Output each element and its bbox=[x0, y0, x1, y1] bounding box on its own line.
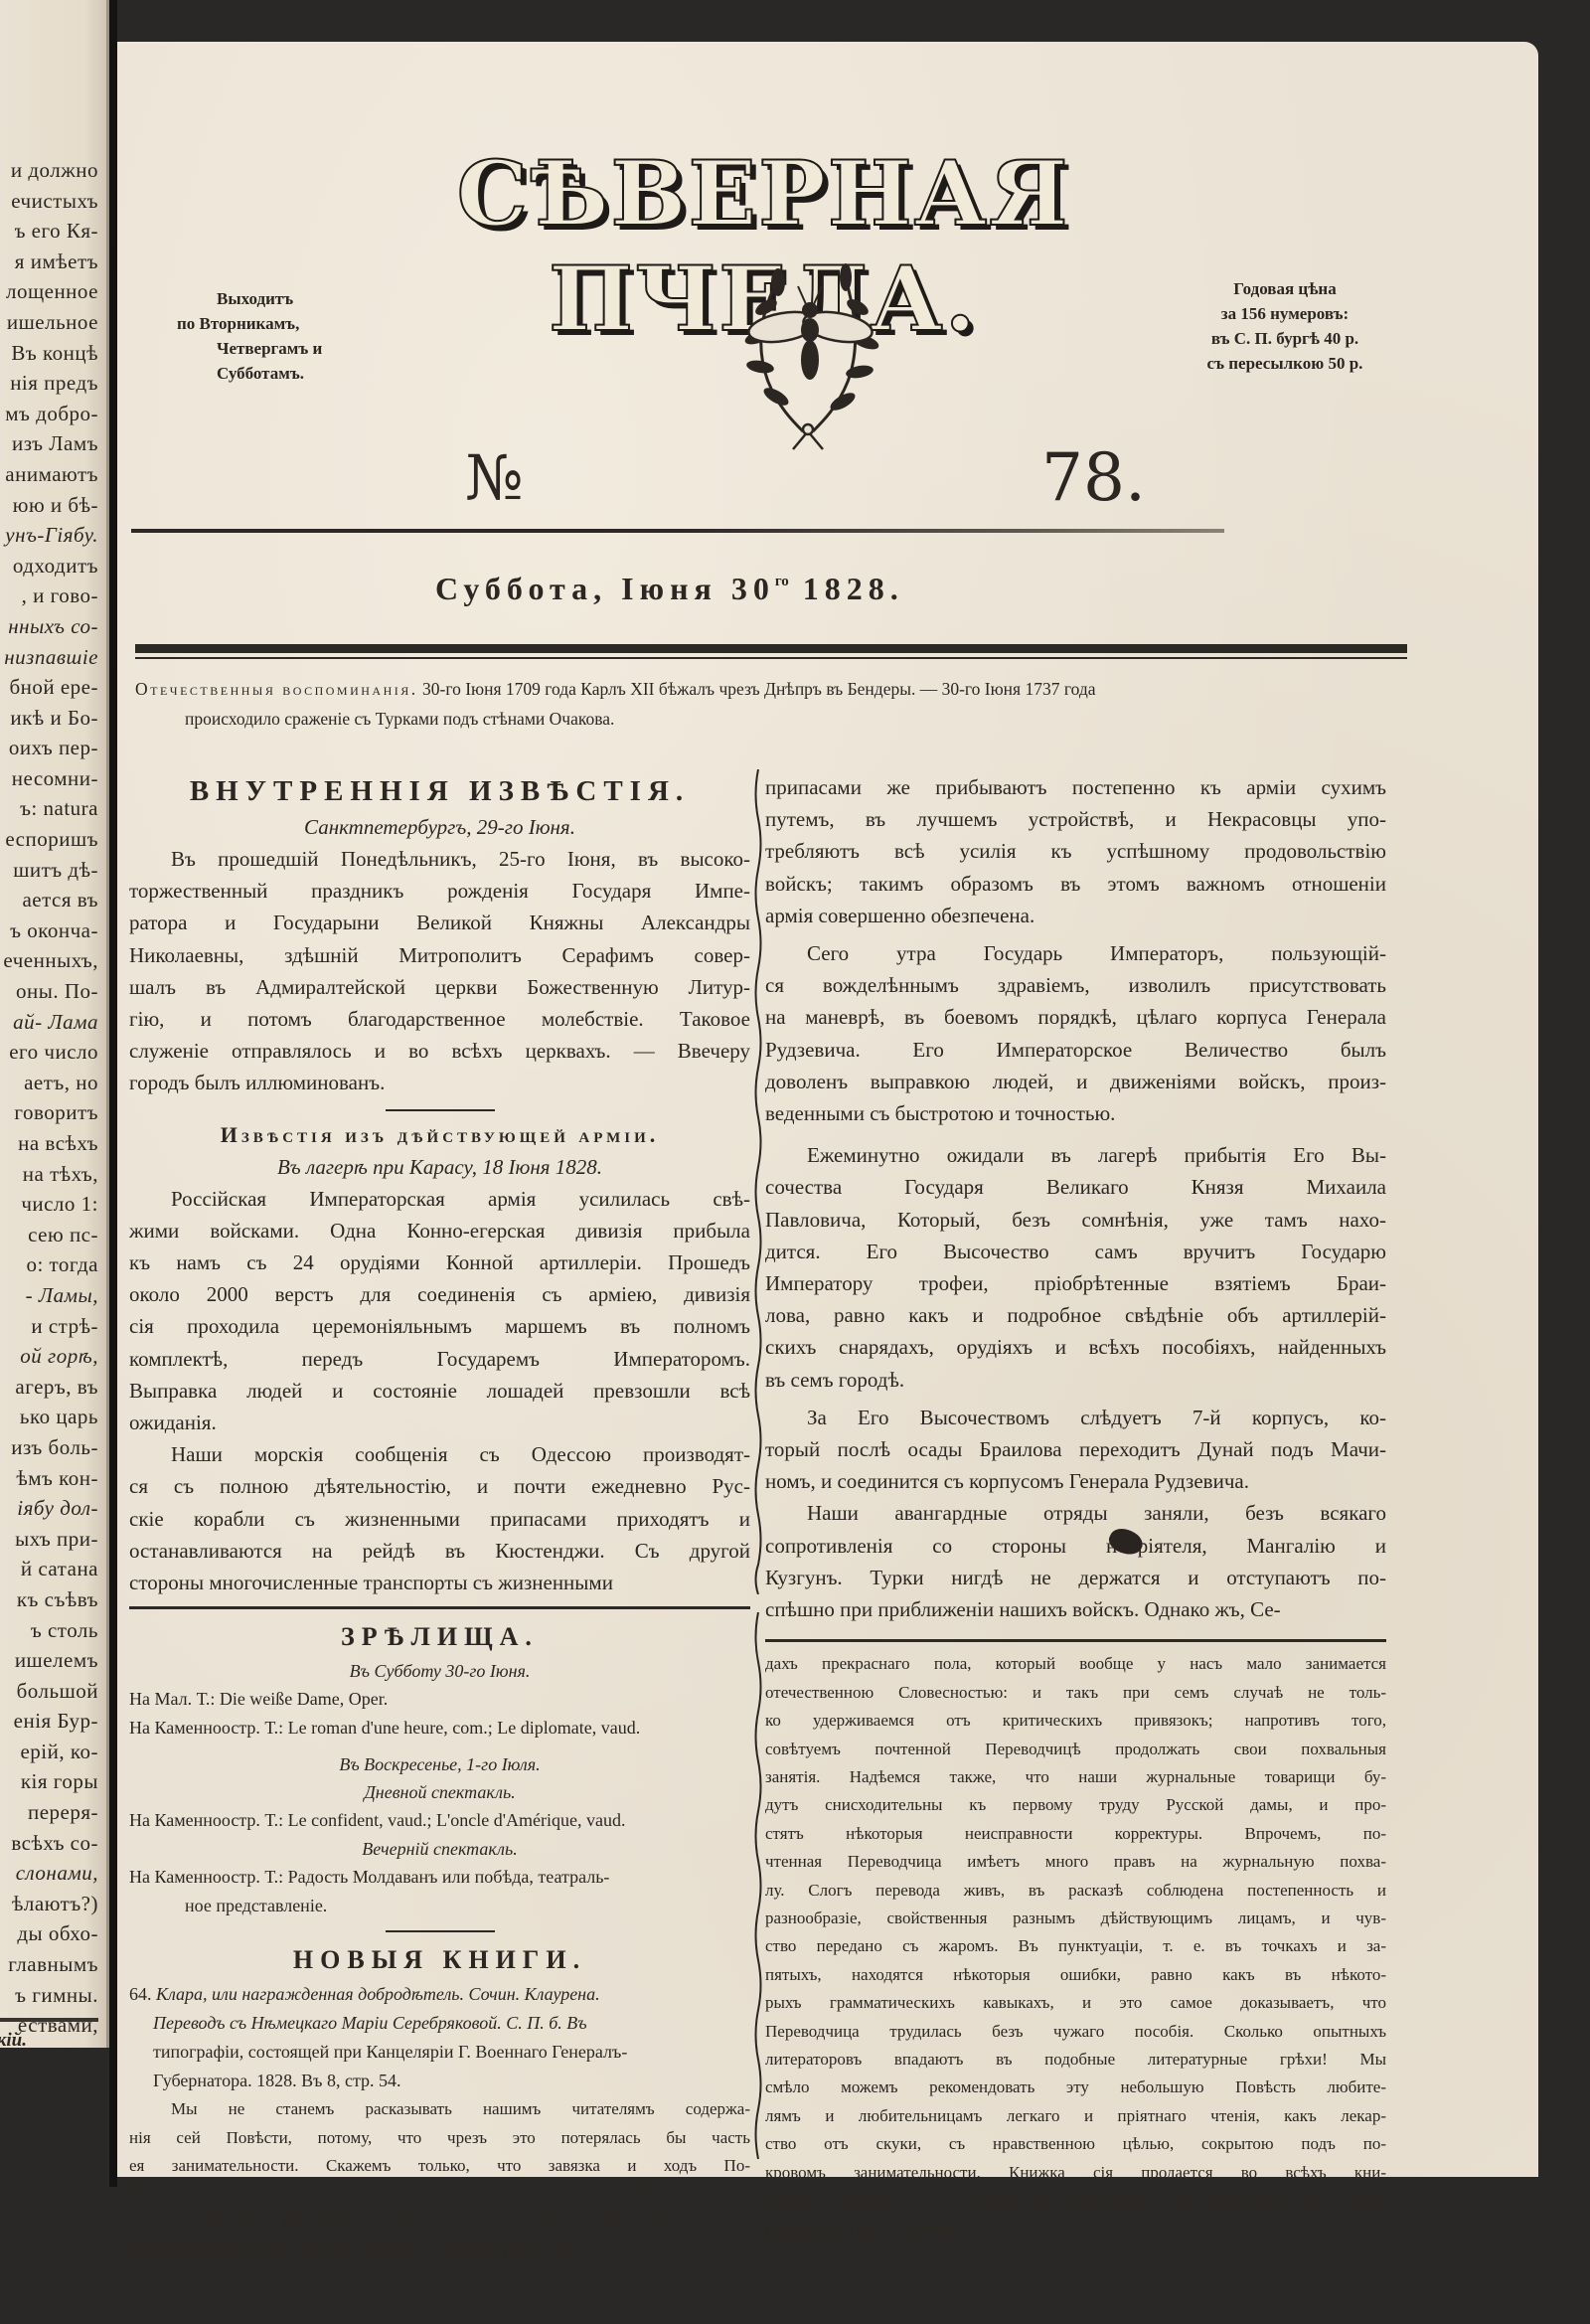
facing-page-line: унъ-Гіябу. bbox=[0, 520, 98, 551]
text-line: дутъ снисходительны къ первому труду Рус… bbox=[765, 1791, 1386, 1819]
book-review-right: дахъ прекраснаго пола, который вообще у … bbox=[765, 1650, 1386, 2243]
facing-page-line: ыхъ при- bbox=[0, 1524, 98, 1555]
text-line: Наши авангардные отряды заняли, безъ вся… bbox=[765, 1497, 1386, 1529]
playbill-line: На Каменноостр. Т.: Радость Молдаванъ ил… bbox=[129, 1863, 750, 1892]
text-line: гію, и потомъ благодарственное молебстві… bbox=[129, 1003, 750, 1035]
facing-page-line: ечистыхъ bbox=[0, 186, 98, 217]
text-line: войскъ; такимъ образомъ въ этомъ важномъ… bbox=[765, 868, 1386, 900]
column-rule bbox=[129, 1606, 750, 1609]
newspaper-page: СѢВЕРНАЯ ПЧЕЛА. Выходитъ по Вторникамъ, … bbox=[117, 42, 1538, 2177]
text-line: литераторовъ впадаютъ въ подобные литера… bbox=[765, 2046, 1386, 2074]
internal-news-body: Въ прошедшій Понедѣльникъ, 25-го Іюня, в… bbox=[129, 843, 750, 1099]
facing-page-line: о: тогда bbox=[0, 1249, 98, 1280]
text-line: Въ прошедшій Понедѣльникъ, 25-го Іюня, в… bbox=[129, 843, 750, 875]
playbill-line: На Мал. Т.: Die weiße Dame, Oper. bbox=[129, 1685, 750, 1714]
facing-page-line: нныхъ со- bbox=[0, 611, 98, 642]
facing-page-line: я имѣетъ bbox=[0, 247, 98, 277]
text-line: шалъ въ Адмиралтейской церкви Божественн… bbox=[129, 971, 750, 1003]
text-line: дахъ прекраснаго пола, который вообще у … bbox=[765, 1650, 1386, 1678]
facing-page-line: ько царь bbox=[0, 1402, 98, 1432]
pub-days-line: по Вторникамъ, bbox=[177, 311, 322, 336]
facing-page-line: ды обхо- bbox=[0, 1918, 98, 1949]
facing-page-line: нія предъ bbox=[0, 368, 98, 399]
text-line: скіе корабли съ жизненными припасами при… bbox=[129, 1503, 750, 1535]
text-line: разнообразіе, свойственныя разнымъ дѣйст… bbox=[765, 1905, 1386, 1932]
text-line: Переводчица трудилась безъ чужаго пособі… bbox=[765, 2018, 1386, 2046]
left-column: ВНУТРЕННІЯ ИЗВѢСТІЯ. Санктпетербургъ, 29… bbox=[129, 771, 750, 2265]
facing-page-line: , и гово- bbox=[0, 581, 98, 611]
text-line: жими войсками. Одна Конно-егерская дивиз… bbox=[129, 1215, 750, 1246]
text-line: ся вожделѣннымъ здравіемъ, изволилъ прис… bbox=[765, 969, 1386, 1001]
facing-page-line: ѣмъ кон- bbox=[0, 1463, 98, 1494]
facing-page-line: юю и бѣ- bbox=[0, 490, 98, 521]
facing-page-line: его число bbox=[0, 1037, 98, 1068]
column-rule bbox=[765, 1639, 1386, 1642]
internal-news-dateline: Санктпетербургъ, 29-го Іюня. bbox=[129, 811, 750, 843]
facing-page-line: ъ гимны. bbox=[0, 1980, 98, 2011]
patriotic-memories: Отечественныя воспоминанія. 30-го Іюня 1… bbox=[135, 674, 1417, 734]
text-line: нія сей Повѣсти, потому, что чрезъ это п… bbox=[129, 2124, 750, 2152]
book-review-left: Мы не станемъ расказывать нашимъ читател… bbox=[129, 2095, 750, 2264]
facing-page-line: и стрѣ- bbox=[0, 1311, 98, 1342]
facing-page-line: шитъ дѣ- bbox=[0, 855, 98, 886]
text-line: на маневрѣ, въ боевомъ порядкѣ, цѣлаго к… bbox=[765, 1001, 1386, 1033]
memorial-text: происходило сраженіе съ Турками подъ стѣ… bbox=[135, 704, 1417, 734]
facing-page-line: къ съѣвъ bbox=[0, 1584, 98, 1615]
text-line: Кузгунъ. Турки нигдѣ не держатся и отсту… bbox=[765, 1562, 1386, 1593]
text-line: сопротивленія со стороны непріятеля, Ман… bbox=[765, 1530, 1386, 1562]
facing-page-line: Въ концѣ bbox=[0, 338, 98, 369]
facing-page-fragment: и должноечистыхъъ его Кя-я имѣетълощенно… bbox=[0, 0, 109, 2048]
text-line: Мы не станемъ расказывать нашимъ читател… bbox=[129, 2095, 750, 2123]
column-divider-wavy bbox=[753, 769, 763, 1594]
facing-page-line: - Ламы, bbox=[0, 1280, 98, 1311]
facing-page-line: ишельное bbox=[0, 307, 98, 338]
text-line: Павловича, Который, безъ сомнѣнія, уже т… bbox=[765, 1204, 1386, 1236]
text-line: ко удерживаемся отъ критическихъ привязо… bbox=[765, 1707, 1386, 1735]
text-line: ея занимательности. Скажемъ только, что … bbox=[129, 2152, 750, 2180]
text-line: дится. Его Высочество самъ вручитъ Госуд… bbox=[765, 1236, 1386, 1267]
text-line: скихъ снарядахъ, орудіяхъ и всѣхъ пособі… bbox=[765, 1331, 1386, 1363]
text-line: доволенъ выправкою людей, и движеніями в… bbox=[765, 1066, 1386, 1097]
facing-page-line: ерій, ко- bbox=[0, 1737, 98, 1767]
book-line: Губернатора. 1828. Въ 8, стр. 54. bbox=[129, 2067, 750, 2095]
facing-page-line: изъ боль- bbox=[0, 1432, 98, 1463]
price-line: Годовая цѣна bbox=[1161, 276, 1409, 301]
facing-page-line: ишелемъ bbox=[0, 1645, 98, 1676]
text-line: вѣсти намъ чрезвычайно понравились, какъ… bbox=[129, 2180, 750, 2208]
text-line: Россійская Императорская армія усилилась… bbox=[129, 1183, 750, 1215]
army-news-cont-4: За Его Высочествомъ слѣдуетъ 7-й корпусъ… bbox=[765, 1402, 1386, 1498]
facing-page-line: ъ его Кя- bbox=[0, 216, 98, 247]
text-line: Сего утра Государь Императоръ, пользующі… bbox=[765, 937, 1386, 969]
facing-page-line: ай- Лама bbox=[0, 1007, 98, 1038]
date-day-suffix: го bbox=[775, 574, 789, 589]
day-show-label: Дневной спектакль. bbox=[129, 1778, 750, 1806]
army-news-cont-1: припасами же прибываютъ постепенно къ ар… bbox=[765, 771, 1386, 931]
right-column: припасами же прибываютъ постепенно къ ар… bbox=[765, 771, 1386, 2243]
facing-page-line: оихъ пер- bbox=[0, 733, 98, 763]
facing-page-line: мъ добро- bbox=[0, 399, 98, 429]
facing-page-line: низпавшіе bbox=[0, 642, 98, 673]
army-news-cont-3: Ежеминутно ожидали въ лагерѣ прибытія Ег… bbox=[765, 1139, 1386, 1396]
facing-page-line: еченныхъ, bbox=[0, 945, 98, 976]
issue-date: Суббота, Іюня 30го 1828. bbox=[435, 571, 904, 607]
book-entry-number: 64. bbox=[129, 1984, 152, 2004]
text-line: требляютъ всѣ усилія къ успѣшному продов… bbox=[765, 835, 1386, 867]
book-line: типографіи, состоящей при Канцеляріи Г. … bbox=[129, 2038, 750, 2067]
text-line: ство передано съ жаромъ. Въ пунктуаціи, … bbox=[765, 1932, 1386, 1960]
sunday-label: Въ Воскресенье, 1-го Іюля. bbox=[129, 1750, 750, 1778]
scan-background bbox=[1538, 0, 1590, 2324]
divider bbox=[386, 1930, 495, 1932]
annual-price: Годовая цѣна за 156 нумеровъ: въ С. П. б… bbox=[1161, 276, 1409, 376]
text-line: армія совершенно обезпечена. bbox=[765, 900, 1386, 931]
pub-days-line: Выходитъ bbox=[177, 286, 322, 311]
new-books-heading: НОВЫЯ КНИГИ. bbox=[129, 1940, 750, 1980]
text-line: комплектѣ, передъ Государемъ Императором… bbox=[129, 1343, 750, 1375]
text-line: останавливаются на рейдѣ въ Кюстенджи. С… bbox=[129, 1535, 750, 1567]
army-news-dateline: Въ лагерѣ при Карасу, 18 Іюня 1828. bbox=[129, 1151, 750, 1183]
facing-page-rule bbox=[0, 2018, 98, 2022]
text-line: ратора и Государыни Великой Княжны Алекс… bbox=[129, 907, 750, 938]
text-line: путемъ, въ лучшемъ устройствѣ, и Некрасо… bbox=[765, 803, 1386, 835]
facing-page-line: число 1: bbox=[0, 1189, 98, 1220]
text-line: стятъ нѣкоторыя неисправности корректуры… bbox=[765, 1820, 1386, 1848]
section-rule-thick bbox=[135, 644, 1407, 653]
facing-page-line: ой горѣ, bbox=[0, 1341, 98, 1372]
text-line: въ семъ городѣ. bbox=[765, 1364, 1386, 1396]
text-line: служеніе отправлялось и во всѣхъ церквах… bbox=[129, 1035, 750, 1067]
text-line: кровомъ занимательности. Книжка сія прод… bbox=[765, 2159, 1386, 2187]
facing-page-line: ъ столь bbox=[0, 1615, 98, 1646]
text-line: часть повѣстей Клаурена, одного изъ лучш… bbox=[129, 2209, 750, 2237]
text-line: торжественный праздникъ рожденія Государ… bbox=[129, 875, 750, 907]
text-line: Выправка людей и состояніе лошадей превз… bbox=[129, 1375, 750, 1407]
section-rule-thin bbox=[135, 657, 1407, 659]
facing-page-line: іябу дол- bbox=[0, 1493, 98, 1524]
spectacles-heading: ЗРѢЛИЩА. bbox=[129, 1617, 750, 1657]
text-line: веденными съ быстротою и точностью. bbox=[765, 1097, 1386, 1129]
army-news-para-2: Наши морскія сообщенія съ Одессою произв… bbox=[129, 1438, 750, 1598]
facing-page-line: й сатана bbox=[0, 1554, 98, 1584]
text-line: Николаевны, здѣшній Митрополитъ Серафимъ… bbox=[129, 939, 750, 971]
evening-show-label: Вечерній спектакль. bbox=[129, 1835, 750, 1863]
facing-page-line: несомни- bbox=[0, 763, 98, 794]
text-line: лова, равно какъ и подробное свѣдѣніе об… bbox=[765, 1299, 1386, 1331]
pub-days-line: Субботамъ. bbox=[177, 361, 322, 386]
publication-days: Выходитъ по Вторникамъ, Четвергамъ и Суб… bbox=[177, 286, 322, 386]
text-line: лу. Слогъ перевода живъ, въ расказѣ собл… bbox=[765, 1877, 1386, 1905]
memorial-label: Отечественныя воспоминанія. bbox=[135, 679, 418, 699]
issue-number: 78. bbox=[1041, 439, 1146, 516]
date-day: 30 bbox=[731, 571, 775, 606]
facing-page-line: енія Бур- bbox=[0, 1706, 98, 1737]
facing-page-line: оны. По- bbox=[0, 976, 98, 1007]
facing-page-line: анимаютъ bbox=[0, 459, 98, 490]
date-month: Іюня bbox=[621, 571, 717, 606]
facing-page-text-column: и должноечистыхъъ его Кя-я имѣетълощенно… bbox=[0, 155, 98, 2041]
date-year: 1828. bbox=[803, 571, 904, 606]
book-gutter bbox=[109, 0, 117, 2187]
facing-page-line: изъ Ламъ bbox=[0, 428, 98, 459]
army-news-cont-5: Наши авангардные отряды заняли, безъ вся… bbox=[765, 1497, 1386, 1625]
book-line: Переводъ съ Нѣмецкаго Маріи Серебряковой… bbox=[129, 2009, 750, 2038]
text-line: рыхъ грамматическихъ кавыкахъ, и это сам… bbox=[765, 1989, 1386, 2017]
text-line: ся съ полною дѣятельностію, и почти ежед… bbox=[129, 1470, 750, 1502]
internal-news-heading: ВНУТРЕННІЯ ИЗВѢСТІЯ. bbox=[129, 771, 750, 811]
playbill-line: На Каменноостр. Т.: Le confident, vaud.;… bbox=[129, 1806, 750, 1835]
issue-label: № bbox=[465, 441, 524, 514]
facing-page-line: ъ оконча- bbox=[0, 915, 98, 946]
facing-page-line: еспоришъ bbox=[0, 824, 98, 855]
facing-page-line: всѣхъ со- bbox=[0, 1828, 98, 1859]
facing-page-line: слонами, bbox=[0, 1858, 98, 1889]
text-line: припасами же прибываютъ постепенно къ ар… bbox=[765, 771, 1386, 803]
text-line: жныхъ лавкахъ, по 2 рубля за экземпляръ.… bbox=[765, 2187, 1386, 2215]
text-line: отечественною Словесностью: и такъ при с… bbox=[765, 1679, 1386, 1707]
playbill-line: На Каменноостр. Т.: Le roman d'une heure… bbox=[129, 1714, 750, 1743]
facing-page-line: кія горы bbox=[0, 1766, 98, 1797]
text-line: стороны многочисленные транспорты съ жиз… bbox=[129, 1567, 750, 1598]
text-line: около 2000 верстъ для соединенія съ армі… bbox=[129, 1278, 750, 1310]
facing-page-line: ѣлаютъ?) bbox=[0, 1889, 98, 1919]
text-line: смѣло можемъ рекомендовать эту небольшую… bbox=[765, 2074, 1386, 2101]
text-line: лямъ и любительницамъ легкаго и пріятнаг… bbox=[765, 2102, 1386, 2130]
text-line: сія проходила церемоніяльнымъ маршемъ въ… bbox=[129, 1310, 750, 1342]
text-line: Наши морскія сообщенія съ Одессою произв… bbox=[129, 1438, 750, 1470]
facing-page-line: одходитъ bbox=[0, 551, 98, 581]
date-weekday: Суббота, bbox=[435, 571, 607, 606]
text-line: городъ былъ иллюминованъ. bbox=[129, 1067, 750, 1098]
facing-page-line: большой bbox=[0, 1676, 98, 1707]
text-line: сочества Государя Великаго Князя Михаила bbox=[765, 1171, 1386, 1203]
text-line: Германіи. Намъ всегда пріятно извѣщать о… bbox=[129, 2237, 750, 2264]
facing-page-line: лощенное bbox=[0, 276, 98, 307]
text-line: совѣтуемъ почтенной Переводчицѣ продолжа… bbox=[765, 1736, 1386, 1763]
facing-page-line: агеръ, въ bbox=[0, 1372, 98, 1403]
text-line: номъ, и соединится съ корпусомъ Генерала… bbox=[765, 1465, 1386, 1497]
army-news-heading: Извѣстія изъ дѣйствующей арміи. bbox=[129, 1119, 750, 1151]
facing-page-line: на всѣхъ bbox=[0, 1128, 98, 1159]
divider bbox=[386, 1109, 495, 1111]
book-line: Клара, или награжденная добродѣтель. Соч… bbox=[156, 1984, 600, 2004]
facing-page-line: на тѣхъ, bbox=[0, 1159, 98, 1190]
text-line: Императору трофеи, пріобрѣтенные взятіем… bbox=[765, 1267, 1386, 1299]
bee-emblem-icon bbox=[669, 262, 947, 451]
facing-page-line: ается въ bbox=[0, 885, 98, 915]
army-news-cont-2: Сего утра Государь Императоръ, пользующі… bbox=[765, 937, 1386, 1129]
text-line: пятыхъ, находятся нѣкоторыя ошибки, равн… bbox=[765, 1961, 1386, 1989]
text-line: За Его Высочествомъ слѣдуетъ 7-й корпусъ… bbox=[765, 1402, 1386, 1433]
facing-page-line: икѣ и Бо- bbox=[0, 703, 98, 734]
text-line: Ежеминутно ожидали въ лагерѣ прибытія Ег… bbox=[765, 1139, 1386, 1171]
facing-page-line: переря- bbox=[0, 1797, 98, 1828]
facing-page-signature: кій. bbox=[0, 2030, 27, 2048]
playbill-line: ное представленіе. bbox=[129, 1892, 750, 1920]
column-divider-wavy bbox=[753, 1612, 763, 2159]
facing-page-line: ъ: natura bbox=[0, 793, 98, 824]
facing-page-line: главнымъ bbox=[0, 1949, 98, 1980]
facing-page-line: сею пс- bbox=[0, 1220, 98, 1250]
army-news-para-1: Россійская Императорская армія усилилась… bbox=[129, 1183, 750, 1439]
book-entry: 64. Клара, или награжденная добродѣтель.… bbox=[129, 1980, 750, 2095]
facing-page-line: и должно bbox=[0, 155, 98, 186]
text-line: къ намъ съ 24 орудіями Конной артиллеріи… bbox=[129, 1246, 750, 1278]
text-line: занятія. Надѣемся также, что наши журнал… bbox=[765, 1763, 1386, 1791]
saturday-label: Въ Субботу 30-го Іюня. bbox=[129, 1657, 750, 1685]
pub-days-line: Четвергамъ и bbox=[177, 336, 322, 361]
price-line: въ С. П. бургѣ 40 р. bbox=[1161, 326, 1409, 351]
price-line: за 156 нумеровъ: bbox=[1161, 301, 1409, 326]
masthead-rule bbox=[131, 529, 1224, 533]
facing-page-line: аетъ, но bbox=[0, 1068, 98, 1098]
facing-page-line: бной ере- bbox=[0, 672, 98, 703]
text-line: ство отъ скуки, съ нравственною цѣлью, с… bbox=[765, 2130, 1386, 2158]
price-line: съ пересылкою 50 р. bbox=[1161, 351, 1409, 376]
text-line: Рудзевича. Его Императорское Величество … bbox=[765, 1034, 1386, 1066]
memorial-text: 30-го Іюня 1709 года Карлъ XII бѣжалъ чр… bbox=[422, 679, 1096, 699]
text-line: чтенная Переводчица имѣетъ много правъ н… bbox=[765, 1848, 1386, 1876]
text-line: торый послѣ осады Браилова переходитъ Ду… bbox=[765, 1433, 1386, 1465]
text-line: прилагается по 50 копѣекъ. bbox=[765, 2215, 1386, 2242]
text-line: ожиданія. bbox=[129, 1407, 750, 1438]
facing-page-line: говоритъ bbox=[0, 1097, 98, 1128]
text-line: спѣшно при приближеніи нашихъ войскъ. Од… bbox=[765, 1593, 1386, 1625]
